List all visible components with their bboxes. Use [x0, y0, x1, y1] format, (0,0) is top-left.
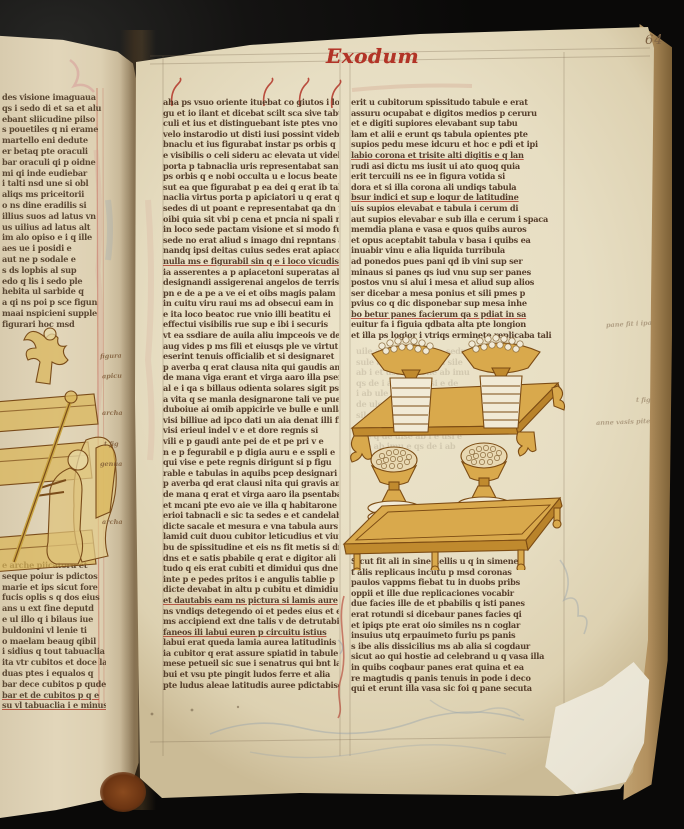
manuscript-photograph: des visione imaguauaqs i sedo di et sa e…: [0, 0, 684, 829]
flourishes-and-showthrough: [0, 0, 684, 829]
